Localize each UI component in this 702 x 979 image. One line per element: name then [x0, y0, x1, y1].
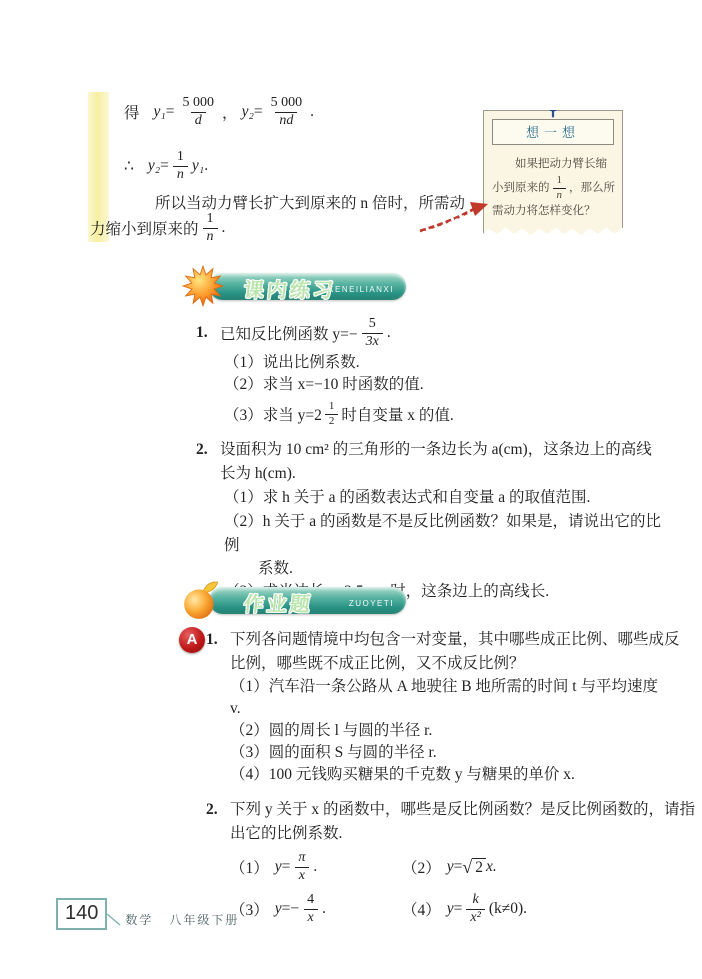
problem-1-intro: 1. 已知反比例函数 y=− 5 3x . [196, 314, 666, 352]
equals-sign: = [160, 157, 169, 175]
fraction-numerator: 1 [173, 150, 188, 166]
practice-banner: 课内练习 KENEILIANXI [196, 268, 412, 306]
page-footer: 140 数学 八年级下册 [56, 898, 239, 930]
problem-2: 2. 设面积为 10 cm² 的三角形的一条边长为 a(cm)，这条边上的高线 … [196, 438, 666, 604]
equals-sign: = [254, 103, 263, 121]
derivation-text: 力缩小到原来的 [90, 217, 199, 239]
question-2-line-2: 出它的比例系数. [196, 822, 668, 846]
var-y1: y₁ [192, 157, 204, 175]
var-y1: y₁ [154, 103, 166, 121]
think-note-box: 想一想 如果把动力臂长缩 小到原来的 1 n ，那么所 需动力将怎样变化？ [483, 110, 623, 239]
fraction-denominator: x [295, 867, 309, 884]
fraction-5-3x: 5 3x [362, 317, 383, 349]
homework-section: 1. 下列各问题情境中均包含一对变量，其中哪些成正比例、哪些成反 比例，哪些既不… [196, 628, 668, 930]
fraction-denominator: x² [466, 909, 484, 926]
formula-row-2: （3） y =− 4 x . （4） y = k x² [196, 888, 668, 930]
sqrt-radicand: 2 [472, 858, 486, 877]
fraction-numerator: 5 000 [267, 96, 307, 112]
formula-2: （2） y = √ 2 x. [402, 856, 497, 878]
fraction-numerator: k [469, 893, 483, 909]
period: . [310, 103, 314, 121]
fraction-numerator: 1 [325, 401, 339, 414]
fraction-denominator: n [203, 228, 218, 245]
var-y2: y₂ [148, 157, 160, 175]
problem-1-item-2: （2）求当 x=−10 时函数的值. [196, 374, 666, 396]
fraction-numerator: 1 [553, 175, 567, 188]
var-y: y [275, 858, 282, 876]
orange-ball-icon [182, 579, 222, 626]
question-2-line-1: 2. 下列 y 关于 x 的函数中，哪些是反比例函数？是反比例函数的，请指 [196, 798, 668, 822]
fraction-numerator: 5 000 [179, 96, 219, 112]
condition-text: (k≠0). [489, 900, 527, 918]
fraction-numerator: 4 [303, 893, 318, 909]
formula-row-1: （1） y = π x . （2） y = √ 2 x. [196, 846, 668, 888]
formula-1: （1） y = π x . [230, 851, 402, 883]
fraction-1-n: 1 n [173, 150, 188, 182]
question-1-line-1: 1. 下列各问题情境中均包含一对变量，其中哪些成正比例、哪些成反 [196, 628, 668, 652]
note-line: 如果把动力臂长缩 [492, 154, 614, 175]
problem-number: 2. [206, 798, 230, 822]
period: . [204, 157, 208, 175]
practice-section: 1. 已知反比例函数 y=− 5 3x . （1）说出比例系数. （2）求当 x… [196, 314, 666, 604]
problem-number: 2. [196, 438, 220, 462]
problem-number: 1. [206, 628, 230, 652]
footer-volume: 八年级下册 [169, 911, 239, 930]
equals-sign: = [282, 858, 291, 876]
pushpin-icon [545, 98, 561, 125]
practice-pinyin: KENEILIANXI [328, 285, 394, 294]
question-1-item-2: （2）圆的周长 l 与圆的半径 r. [196, 720, 668, 742]
problem-text: （3）求当 y=2 [224, 403, 322, 425]
textbook-page: 得 y₁ = 5 000 d ， y₂ = 5 000 nd . ∴ y₂ = … [0, 0, 702, 979]
practice-title: 课内练习 [242, 274, 337, 303]
problem-text: 下列 y 关于 x 的函数中，哪些是反比例函数？是反比例函数的，请指 [230, 798, 695, 822]
question-1-item-4: （4）100 元钱购买糖果的千克数 y 与糖果的单价 x. [196, 764, 668, 786]
var-y: y [447, 900, 454, 918]
period: . [322, 900, 326, 918]
question-1-item-1: （1）汽车沿一条公路从 A 地驶往 B 地所需的时间 t 与平均速度 v. [196, 676, 668, 720]
fraction-5000-d: 5 000 d [179, 96, 219, 128]
note-line: 小到原来的 1 n ，那么所 [492, 175, 614, 201]
equals-sign: =− [282, 900, 299, 918]
problem-text: 设面积为 10 cm² 的三角形的一条边长为 a(cm)，这条边上的高线 [220, 438, 652, 462]
question-1-line-2: 比例，哪些既不成正比例，又不成反比例？ [196, 652, 668, 676]
page-number: 140 [56, 898, 107, 930]
homework-pinyin: ZUOYETI [349, 599, 394, 608]
problem-text: 已知反比例函数 y=− [220, 322, 358, 344]
fraction-denominator: nd [275, 112, 297, 129]
note-text: ，那么所 [569, 178, 615, 199]
fraction-1-n: 1 n [553, 175, 567, 201]
fraction-4-x: 4 x [303, 893, 318, 925]
question-2: 2. 下列 y 关于 x 的函数中，哪些是反比例函数？是反比例函数的，请指 出它… [196, 798, 668, 930]
sun-icon [182, 265, 224, 312]
problem-2-item-2-cont: 系数. [196, 558, 666, 580]
formula-4: （4） y = k x² (k≠0). [402, 893, 527, 925]
equals-sign: = [454, 858, 463, 876]
problem-1-item-3: （3）求当 y=2 1 2 时自变量 x 的值. [196, 396, 666, 432]
problem-text: 时自变量 x 的值. [341, 403, 453, 425]
comma: ， [222, 101, 238, 123]
homework-title: 作业题 [242, 588, 314, 617]
formula-label: （1） [230, 856, 269, 878]
red-arrow-icon [416, 198, 492, 238]
footer-subject: 数学 [125, 911, 153, 930]
derivation-line-1: 得 y₁ = 5 000 d ， y₂ = 5 000 nd . [124, 96, 314, 128]
problem-2-item-1: （1）求 h 关于 a 的函数表达式和自变量 a 的取值范围. [196, 486, 666, 510]
homework-banner: 作业题 ZUOYETI [196, 582, 412, 620]
period: . [387, 324, 391, 342]
formula-label: （4） [402, 898, 441, 920]
derivation-line-2: ∴ y₂ = 1 n y₁ . [124, 150, 208, 182]
equals-sign: = [166, 103, 175, 121]
fraction-numerator: 1 [203, 212, 218, 228]
var-x: x. [486, 858, 497, 876]
fraction-k-x2: k x² [466, 893, 484, 925]
equals-sign: = [454, 900, 463, 918]
therefore-symbol: ∴ [124, 157, 134, 176]
fraction-1-n: 1 n [203, 212, 218, 244]
problem-number: 1. [196, 324, 220, 342]
period: . [222, 219, 226, 237]
fraction-denominator: 3x [362, 333, 383, 350]
fraction-denominator: 2 [325, 414, 339, 428]
fraction-denominator: n [553, 188, 567, 202]
note-line: 需动力将怎样变化？ [492, 201, 614, 222]
formula-label: （2） [402, 856, 441, 878]
fraction-1-2: 1 2 [325, 401, 339, 427]
period: . [313, 858, 317, 876]
var-y: y [447, 858, 454, 876]
fraction-5000-nd: 5 000 nd [267, 96, 307, 128]
sqrt-symbol: √ [462, 858, 472, 876]
problem-2-line-2: 长为 h(cm). [196, 462, 666, 486]
problem-2-item-2: （2）h 关于 a 的函数是不是反比例函数？如果是，请说出它的比例 [196, 510, 666, 558]
derivation-lead: 得 [124, 101, 140, 123]
fraction-numerator: 5 [365, 317, 380, 333]
question-1-item-3: （3）圆的面积 S 与圆的半径 r. [196, 742, 668, 764]
fraction-denominator: x [304, 909, 318, 926]
fraction-denominator: d [191, 112, 206, 129]
problem-1-item-1: （1）说出比例系数. [196, 352, 666, 374]
problem-2-line-1: 2. 设面积为 10 cm² 的三角形的一条边长为 a(cm)，这条边上的高线 [196, 438, 666, 462]
var-y: y [275, 900, 282, 918]
fraction-denominator: n [173, 166, 188, 183]
derivation-line-4: 力缩小到原来的 1 n . [90, 212, 225, 244]
problem-text: 下列各问题情境中均包含一对变量，其中哪些成正比例、哪些成反 [230, 628, 680, 652]
note-body: 如果把动力臂长缩 小到原来的 1 n ，那么所 需动力将怎样变化？ [492, 154, 614, 222]
fraction-pi-x: π x [294, 851, 309, 883]
fraction-numerator: π [294, 851, 309, 867]
note-text: 小到原来的 [492, 178, 550, 199]
var-y2: y₂ [242, 103, 254, 121]
footer-tail-line [105, 912, 123, 928]
formula-3: （3） y =− 4 x . [230, 893, 402, 925]
